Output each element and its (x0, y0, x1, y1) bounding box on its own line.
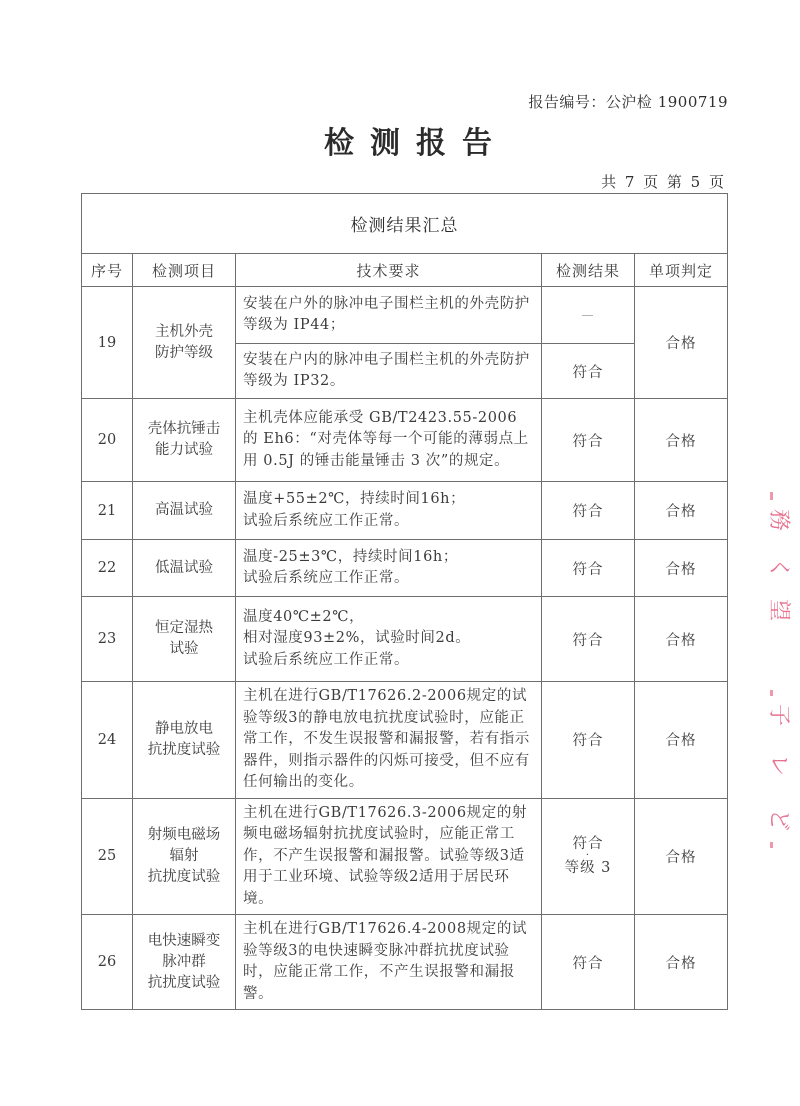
test-result: 符合 (542, 597, 635, 682)
test-item: 射频电磁场辐射抗扰度试验 (133, 798, 236, 915)
test-item-text: 恒定湿热试验 (155, 620, 213, 657)
table-caption: 检测结果汇总 (82, 194, 728, 254)
requirement: 主机在进行GB/T17626.3-2006规定的射频电磁场辐射抗扰度试验时，应能… (236, 798, 542, 915)
stamp-glyph: 望 (758, 592, 798, 628)
requirement: 安装在户内的脉冲电子围栏主机的外壳防护等级为 IP32。 (236, 344, 542, 399)
column-header-item: 检测项目 (133, 254, 236, 287)
test-result: 符合 · 等级 3 (542, 798, 635, 915)
requirement: 主机在进行GB/T17626.2-2006规定的试验等级3的静电放电抗扰度试验时… (236, 682, 542, 799)
table-row: 22 低温试验 温度-25±3℃，持续时间16h；试验后系统应工作正常。 符合 … (82, 540, 728, 597)
row-number: 20 (82, 399, 133, 482)
table-row: 21 高温试验 温度+55±2℃，持续时间16h；试验后系统应工作正常。 符合 … (82, 482, 728, 540)
table-row: 25 射频电磁场辐射抗扰度试验 主机在进行GB/T17626.3-2006规定的… (82, 798, 728, 915)
test-result: 符合 (542, 482, 635, 540)
column-header-requirement: 技术要求 (236, 254, 542, 287)
test-item: 电快速瞬变脉冲群抗扰度试验 (133, 915, 236, 1010)
stamp-mark (770, 492, 797, 500)
table-row: 19 主机外壳防护等级 安装在户外的脉冲电子围栏主机的外壳防护等级为 IP44；… (82, 287, 728, 344)
row-number: 26 (82, 915, 133, 1010)
test-item-text: 静电放电抗扰度试验 (148, 721, 221, 758)
test-result: 符合 (542, 540, 635, 597)
page-title: 检测报告 (0, 118, 800, 162)
test-item: 恒定湿热试验 (133, 597, 236, 682)
judgement: 合格 (635, 287, 728, 399)
test-result-note: 等级 3 (565, 860, 612, 876)
stamp-mark (770, 842, 797, 848)
column-header-result: 检测结果 (542, 254, 635, 287)
test-item-text: 高温试验 (155, 502, 213, 518)
requirement: 安装在户外的脉冲电子围栏主机的外壳防护等级为 IP44； (236, 287, 542, 344)
requirement: 温度-25±3℃，持续时间16h；试验后系统应工作正常。 (236, 540, 542, 597)
requirement: 温度40℃±2℃，相对湿度93±2%，试验时间2d。试验后系统应工作正常。 (236, 597, 542, 682)
test-result: 符合 (542, 344, 635, 399)
report-number: 报告编号：公沪检 1900719 (528, 91, 728, 112)
judgement: 合格 (635, 682, 728, 799)
test-item-text: 低温试验 (155, 560, 213, 576)
row-number: 24 (82, 682, 133, 799)
row-number: 23 (82, 597, 133, 682)
row-number: 21 (82, 482, 133, 540)
test-item: 静电放电抗扰度试验 (133, 682, 236, 799)
stamp-glyph: く (758, 550, 798, 586)
judgement: 合格 (635, 482, 728, 540)
page-indicator: 共 7 页 第 5 页 (601, 171, 726, 192)
stamp-glyph: 務 (758, 502, 798, 538)
requirement-text: 温度+55±2℃，持续时间16h；试验后系统应工作正常。 (243, 491, 465, 529)
stamp-glyph: ど (758, 802, 798, 838)
test-item-text: 电快速瞬变脉冲群抗扰度试验 (148, 933, 221, 991)
table-row: 23 恒定湿热试验 温度40℃±2℃，相对湿度93±2%，试验时间2d。试验后系… (82, 597, 728, 682)
column-header-no: 序号 (82, 254, 133, 287)
table-row: 26 电快速瞬变脉冲群抗扰度试验 主机在进行GB/T17626.4-2008规定… (82, 915, 728, 1010)
judgement: 合格 (635, 597, 728, 682)
table-row: 24 静电放电抗扰度试验 主机在进行GB/T17626.2-2006规定的试验等… (82, 682, 728, 799)
judgement: 合格 (635, 798, 728, 915)
judgement: 合格 (635, 540, 728, 597)
test-item: 壳体抗锤击能力试验 (133, 399, 236, 482)
stamp-glyph: 子 (758, 697, 798, 733)
test-item: 低温试验 (133, 540, 236, 597)
table-header-row: 序号 检测项目 技术要求 检测结果 单项判定 (82, 254, 728, 287)
requirement: 主机壳体应能承受 GB/T2423.55-2006 的 Eh6：“对壳体等每一个… (236, 399, 542, 482)
test-item-text: 射频电磁场辐射抗扰度试验 (148, 827, 221, 885)
test-result: － (542, 287, 635, 344)
test-result: 符合 (542, 682, 635, 799)
row-number: 19 (82, 287, 133, 399)
separator-dot: · (542, 853, 634, 859)
table-row: 20 壳体抗锤击能力试验 主机壳体应能承受 GB/T2423.55-2006 的… (82, 399, 728, 482)
test-result: 符合 (542, 399, 635, 482)
test-item: 高温试验 (133, 482, 236, 540)
stamp-mark (770, 690, 797, 696)
judgement: 合格 (635, 399, 728, 482)
column-header-judgement: 单项判定 (635, 254, 728, 287)
test-result: 符合 (542, 915, 635, 1010)
stamp-glyph: レ (758, 747, 798, 783)
requirement-text: 温度-25±3℃，持续时间16h；试验后系统应工作正常。 (243, 549, 458, 587)
judgement: 合格 (635, 915, 728, 1010)
requirement-text: 温度40℃±2℃，相对湿度93±2%，试验时间2d。试验后系统应工作正常。 (243, 609, 470, 668)
requirement: 主机在进行GB/T17626.4-2008规定的试验等级3的电快速瞬变脉冲群抗扰… (236, 915, 542, 1010)
test-item-text: 主机外壳防护等级 (155, 324, 213, 361)
requirement: 温度+55±2℃，持续时间16h；试验后系统应工作正常。 (236, 482, 542, 540)
results-summary-table: 检测结果汇总 序号 检测项目 技术要求 检测结果 单项判定 19 主机外壳防护等… (81, 193, 728, 1010)
test-item: 主机外壳防护等级 (133, 287, 236, 399)
test-item-text: 壳体抗锤击能力试验 (148, 421, 221, 458)
row-number: 25 (82, 798, 133, 915)
row-number: 22 (82, 540, 133, 597)
